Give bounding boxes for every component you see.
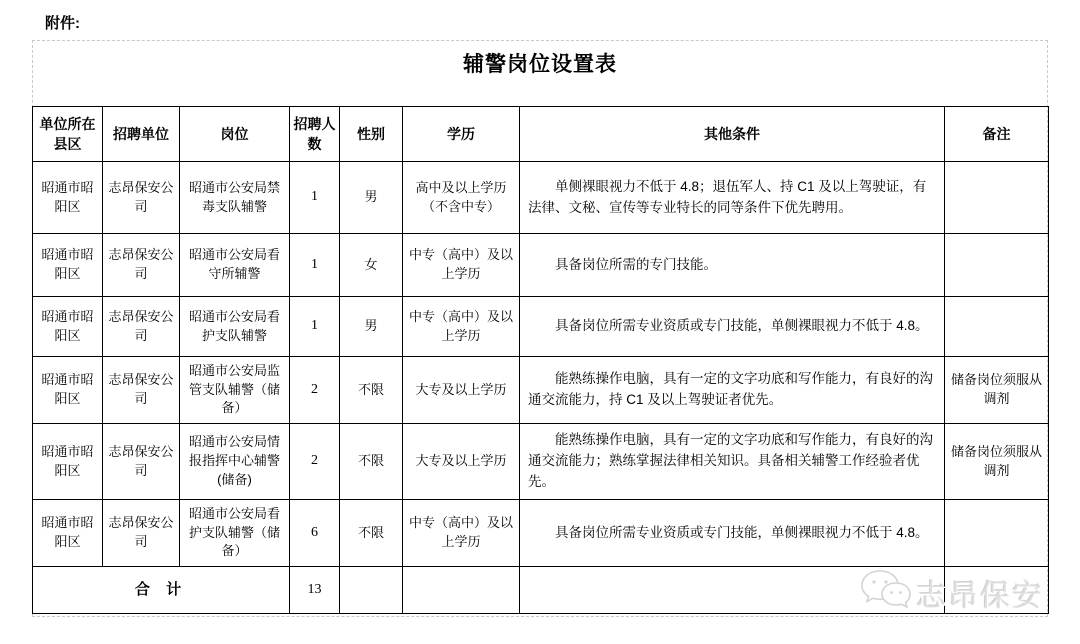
cell-count: 1 (290, 297, 340, 357)
cell-position: 昭通市公安局监管支队辅警（储备） (180, 357, 290, 424)
cell-position: 昭通市公安局看护支队辅警 (180, 297, 290, 357)
cell-county: 昭通市昭阳区 (33, 162, 103, 234)
cell-remark (945, 162, 1049, 234)
cell-employer: 志昂保安公司 (103, 500, 180, 567)
header-remark: 备注 (945, 107, 1049, 162)
cell-remark (945, 297, 1049, 357)
table-footer: 合 计 13 (33, 567, 1049, 614)
cell-education: 中专（高中）及以上学历 (403, 297, 520, 357)
header-count: 招聘人数 (290, 107, 340, 162)
cell-county: 昭通市昭阳区 (33, 297, 103, 357)
document-page: 附件: 辅警岗位设置表 单位所在县区 招聘单位 岗位 招聘人数 性别 学历 其他… (0, 0, 1080, 644)
page-title: 辅警岗位设置表 (33, 48, 1047, 78)
header-conditions: 其他条件 (520, 107, 945, 162)
total-label: 合 计 (33, 567, 290, 614)
table-body: 昭通市昭阳区 志昂保安公司 昭通市公安局禁毒支队辅警 1 男 高中及以上学历（不… (33, 162, 1049, 567)
cell-gender: 不限 (340, 500, 403, 567)
cell-position: 昭通市公安局看护支队辅警（储备） (180, 500, 290, 567)
cell-employer: 志昂保安公司 (103, 162, 180, 234)
cell-gender: 男 (340, 297, 403, 357)
table-row: 昭通市昭阳区 志昂保安公司 昭通市公安局看护支队辅警（储备） 6 不限 中专（高… (33, 500, 1049, 567)
cell-conditions: 具备岗位所需的专门技能。 (520, 234, 945, 297)
cell-county: 昭通市昭阳区 (33, 424, 103, 500)
header-employer: 招聘单位 (103, 107, 180, 162)
cell-county: 昭通市昭阳区 (33, 234, 103, 297)
cell-education: 中专（高中）及以上学历 (403, 500, 520, 567)
table-row: 昭通市昭阳区 志昂保安公司 昭通市公安局看护支队辅警 1 男 中专（高中）及以上… (33, 297, 1049, 357)
total-gender-cell (340, 567, 403, 614)
header-county: 单位所在县区 (33, 107, 103, 162)
cell-gender: 不限 (340, 424, 403, 500)
table-row: 昭通市昭阳区 志昂保安公司 昭通市公安局禁毒支队辅警 1 男 高中及以上学历（不… (33, 162, 1049, 234)
table-row: 昭通市昭阳区 志昂保安公司 昭通市公安局看守所辅警 1 女 中专（高中）及以上学… (33, 234, 1049, 297)
total-count: 13 (290, 567, 340, 614)
cell-count: 1 (290, 234, 340, 297)
cell-conditions: 单侧裸眼视力不低于 4.8；退伍军人、持 C1 及以上驾驶证，有法律、文秘、宣传… (520, 162, 945, 234)
cell-conditions: 具备岗位所需专业资质或专门技能，单侧裸眼视力不低于 4.8。 (520, 500, 945, 567)
cell-conditions: 具备岗位所需专业资质或专门技能，单侧裸眼视力不低于 4.8。 (520, 297, 945, 357)
cell-remark (945, 500, 1049, 567)
header-position: 岗位 (180, 107, 290, 162)
cell-employer: 志昂保安公司 (103, 297, 180, 357)
cell-remark: 储备岗位须服从调剂 (945, 357, 1049, 424)
cell-education: 大专及以上学历 (403, 357, 520, 424)
cell-gender: 女 (340, 234, 403, 297)
cell-employer: 志昂保安公司 (103, 424, 180, 500)
cell-conditions: 能熟练操作电脑，具有一定的文字功底和写作能力，有良好的沟通交流能力；熟练掌握法律… (520, 424, 945, 500)
cell-position: 昭通市公安局禁毒支队辅警 (180, 162, 290, 234)
cell-remark (945, 234, 1049, 297)
document-frame: 辅警岗位设置表 单位所在县区 招聘单位 岗位 招聘人数 性别 学历 其他条件 备… (32, 40, 1048, 617)
total-row: 合 计 13 (33, 567, 1049, 614)
total-conditions-cell (520, 567, 945, 614)
table-row: 昭通市昭阳区 志昂保安公司 昭通市公安局情报指挥中心辅警(储备) 2 不限 大专… (33, 424, 1049, 500)
cell-employer: 志昂保安公司 (103, 234, 180, 297)
total-education-cell (403, 567, 520, 614)
cell-gender: 不限 (340, 357, 403, 424)
table-header: 单位所在县区 招聘单位 岗位 招聘人数 性别 学历 其他条件 备注 (33, 107, 1049, 162)
cell-gender: 男 (340, 162, 403, 234)
total-remark-cell (945, 567, 1049, 614)
header-row: 单位所在县区 招聘单位 岗位 招聘人数 性别 学历 其他条件 备注 (33, 107, 1049, 162)
cell-education: 大专及以上学历 (403, 424, 520, 500)
cell-remark: 储备岗位须服从调剂 (945, 424, 1049, 500)
cell-county: 昭通市昭阳区 (33, 500, 103, 567)
cell-conditions: 能熟练操作电脑，具有一定的文字功底和写作能力，有良好的沟通交流能力，持 C1 及… (520, 357, 945, 424)
position-table: 单位所在县区 招聘单位 岗位 招聘人数 性别 学历 其他条件 备注 昭通市昭阳区… (32, 106, 1049, 614)
cell-county: 昭通市昭阳区 (33, 357, 103, 424)
cell-education: 中专（高中）及以上学历 (403, 234, 520, 297)
header-education: 学历 (403, 107, 520, 162)
cell-count: 2 (290, 357, 340, 424)
cell-count: 6 (290, 500, 340, 567)
cell-education: 高中及以上学历（不含中专） (403, 162, 520, 234)
cell-position: 昭通市公安局情报指挥中心辅警(储备) (180, 424, 290, 500)
header-gender: 性别 (340, 107, 403, 162)
cell-position: 昭通市公安局看守所辅警 (180, 234, 290, 297)
cell-employer: 志昂保安公司 (103, 357, 180, 424)
attachment-label: 附件: (45, 12, 80, 33)
table-row: 昭通市昭阳区 志昂保安公司 昭通市公安局监管支队辅警（储备） 2 不限 大专及以… (33, 357, 1049, 424)
cell-count: 1 (290, 162, 340, 234)
cell-count: 2 (290, 424, 340, 500)
